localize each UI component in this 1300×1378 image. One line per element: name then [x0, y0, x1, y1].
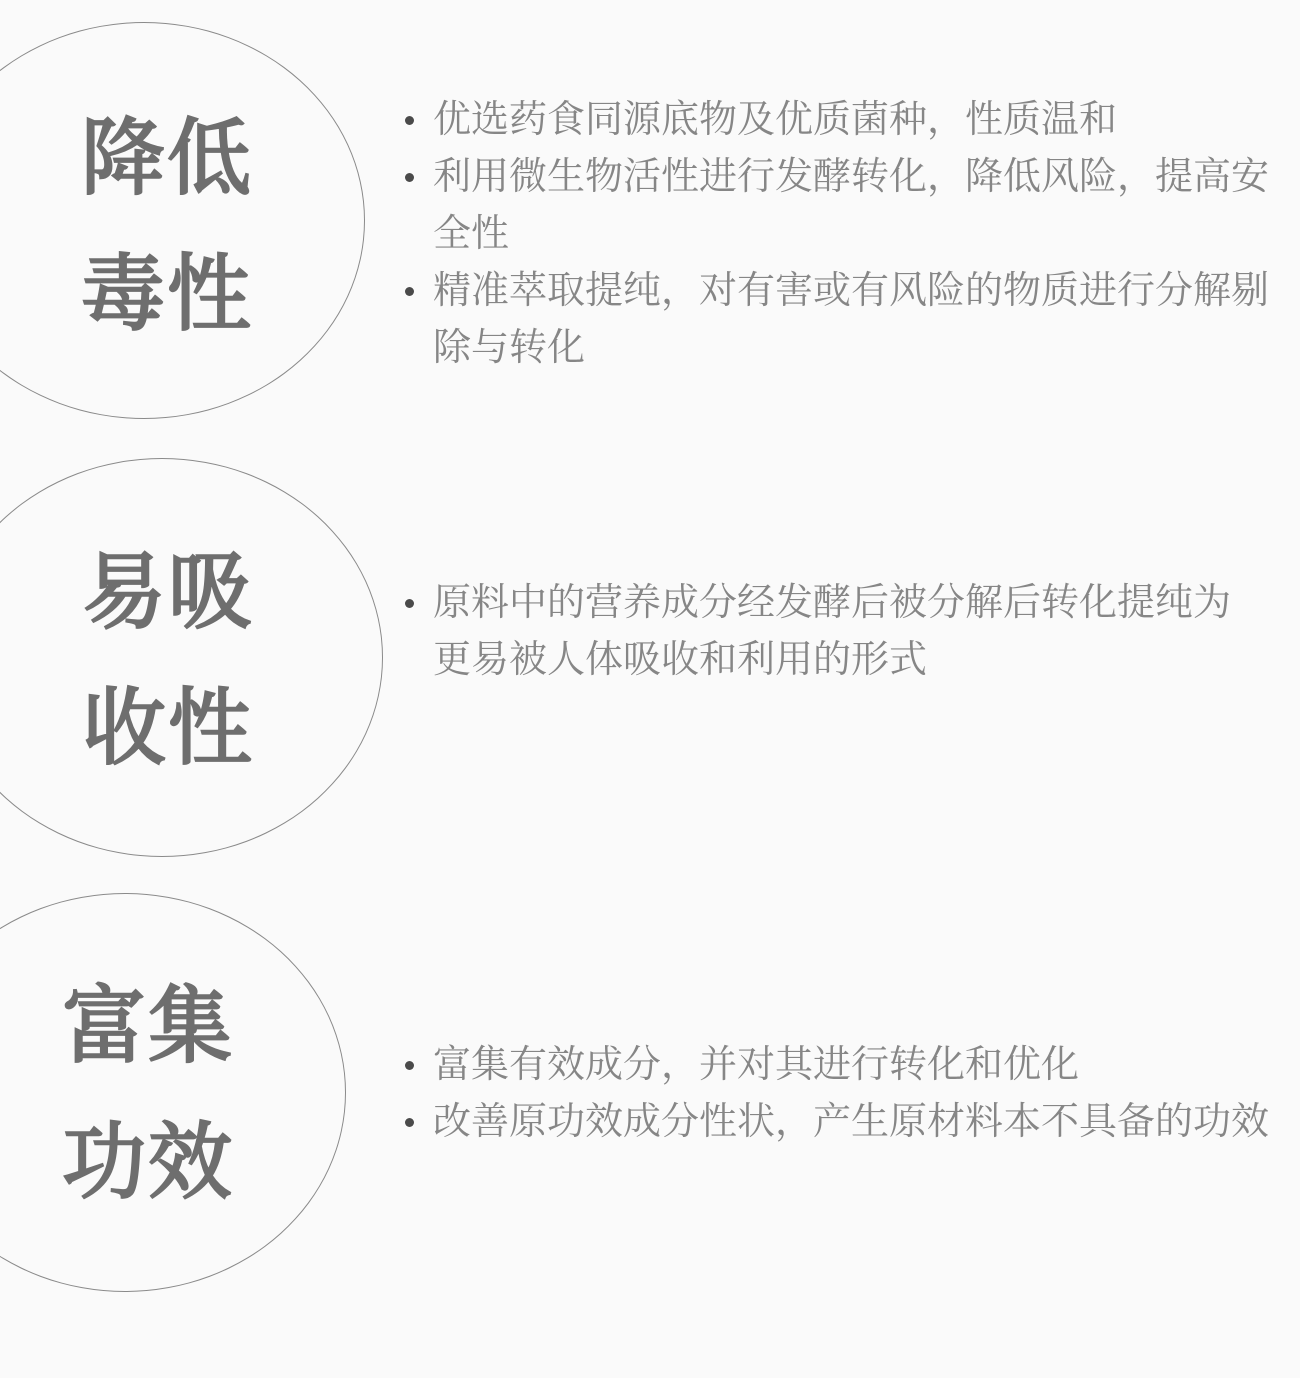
circle-label-line: 功效 [0, 1096, 298, 1232]
bullet-line: 除与转化 [433, 320, 1283, 377]
bullet-item: 富集有效成分，并对其进行转化和优化 [403, 1037, 1283, 1094]
bullet-text: 改善原功效成分性状，产生原材料本不具备的功效 [433, 1094, 1283, 1151]
bullet-dot-icon [405, 173, 414, 182]
bullet-line: 原料中的营养成分经发酵后被分解后转化提纯为 [433, 575, 1283, 632]
circle-label-line: 毒性 [17, 228, 317, 364]
bullet-line: 更易被人体吸收和利用的形式 [433, 632, 1283, 689]
circle-label-line: 收性 [18, 662, 318, 798]
bullet-item: 利用微生物活性进行发酵转化，降低风险，提高安 全性 [403, 149, 1283, 263]
circle-label-easy-absorption: 易吸 收性 [18, 526, 318, 798]
bullet-text: 原料中的营养成分经发酵后被分解后转化提纯为 更易被人体吸收和利用的形式 [433, 575, 1283, 689]
bullet-dot-icon [405, 1118, 414, 1127]
bullet-item: 优选药食同源底物及优质菌种，性质温和 [403, 92, 1283, 149]
bullet-dot-icon [405, 1061, 414, 1070]
bullet-item: 改善原功效成分性状，产生原材料本不具备的功效 [403, 1094, 1283, 1151]
bullet-line: 全性 [433, 206, 1283, 263]
bullet-text: 富集有效成分，并对其进行转化和优化 [433, 1037, 1283, 1094]
bullet-item: 原料中的营养成分经发酵后被分解后转化提纯为 更易被人体吸收和利用的形式 [403, 575, 1283, 689]
bullet-line: 富集有效成分，并对其进行转化和优化 [433, 1037, 1283, 1094]
bullet-text: 优选药食同源底物及优质菌种，性质温和 [433, 92, 1283, 149]
circle-label-line: 降低 [17, 92, 317, 228]
bullet-text: 精准萃取提纯，对有害或有风险的物质进行分解剔 除与转化 [433, 263, 1283, 377]
bullet-dot-icon [405, 599, 414, 608]
bullet-text: 利用微生物活性进行发酵转化，降低风险，提高安 全性 [433, 149, 1283, 263]
bullet-line: 利用微生物活性进行发酵转化，降低风险，提高安 [433, 149, 1283, 206]
bullet-dot-icon [405, 116, 414, 125]
bullet-list-easy-absorption: 原料中的营养成分经发酵后被分解后转化提纯为 更易被人体吸收和利用的形式 [403, 575, 1283, 689]
circle-label-reduce-toxicity: 降低 毒性 [17, 92, 317, 364]
circle-label-line: 富集 [0, 960, 298, 1096]
circle-label-line: 易吸 [18, 526, 318, 662]
bullet-line: 优选药食同源底物及优质菌种，性质温和 [433, 92, 1283, 149]
bullet-item: 精准萃取提纯，对有害或有风险的物质进行分解剔 除与转化 [403, 263, 1283, 377]
infographic-canvas: { "page": { "background_color": "#fafafa… [0, 0, 1300, 1378]
bullet-list-enriched-efficacy: 富集有效成分，并对其进行转化和优化 改善原功效成分性状，产生原材料本不具备的功效 [403, 1037, 1283, 1151]
circle-label-enriched-efficacy: 富集 功效 [0, 960, 298, 1232]
bullet-line: 改善原功效成分性状，产生原材料本不具备的功效 [433, 1094, 1283, 1151]
bullet-list-reduce-toxicity: 优选药食同源底物及优质菌种，性质温和 利用微生物活性进行发酵转化，降低风险，提高… [403, 92, 1283, 377]
bullet-dot-icon [405, 287, 414, 296]
bullet-line: 精准萃取提纯，对有害或有风险的物质进行分解剔 [433, 263, 1283, 320]
